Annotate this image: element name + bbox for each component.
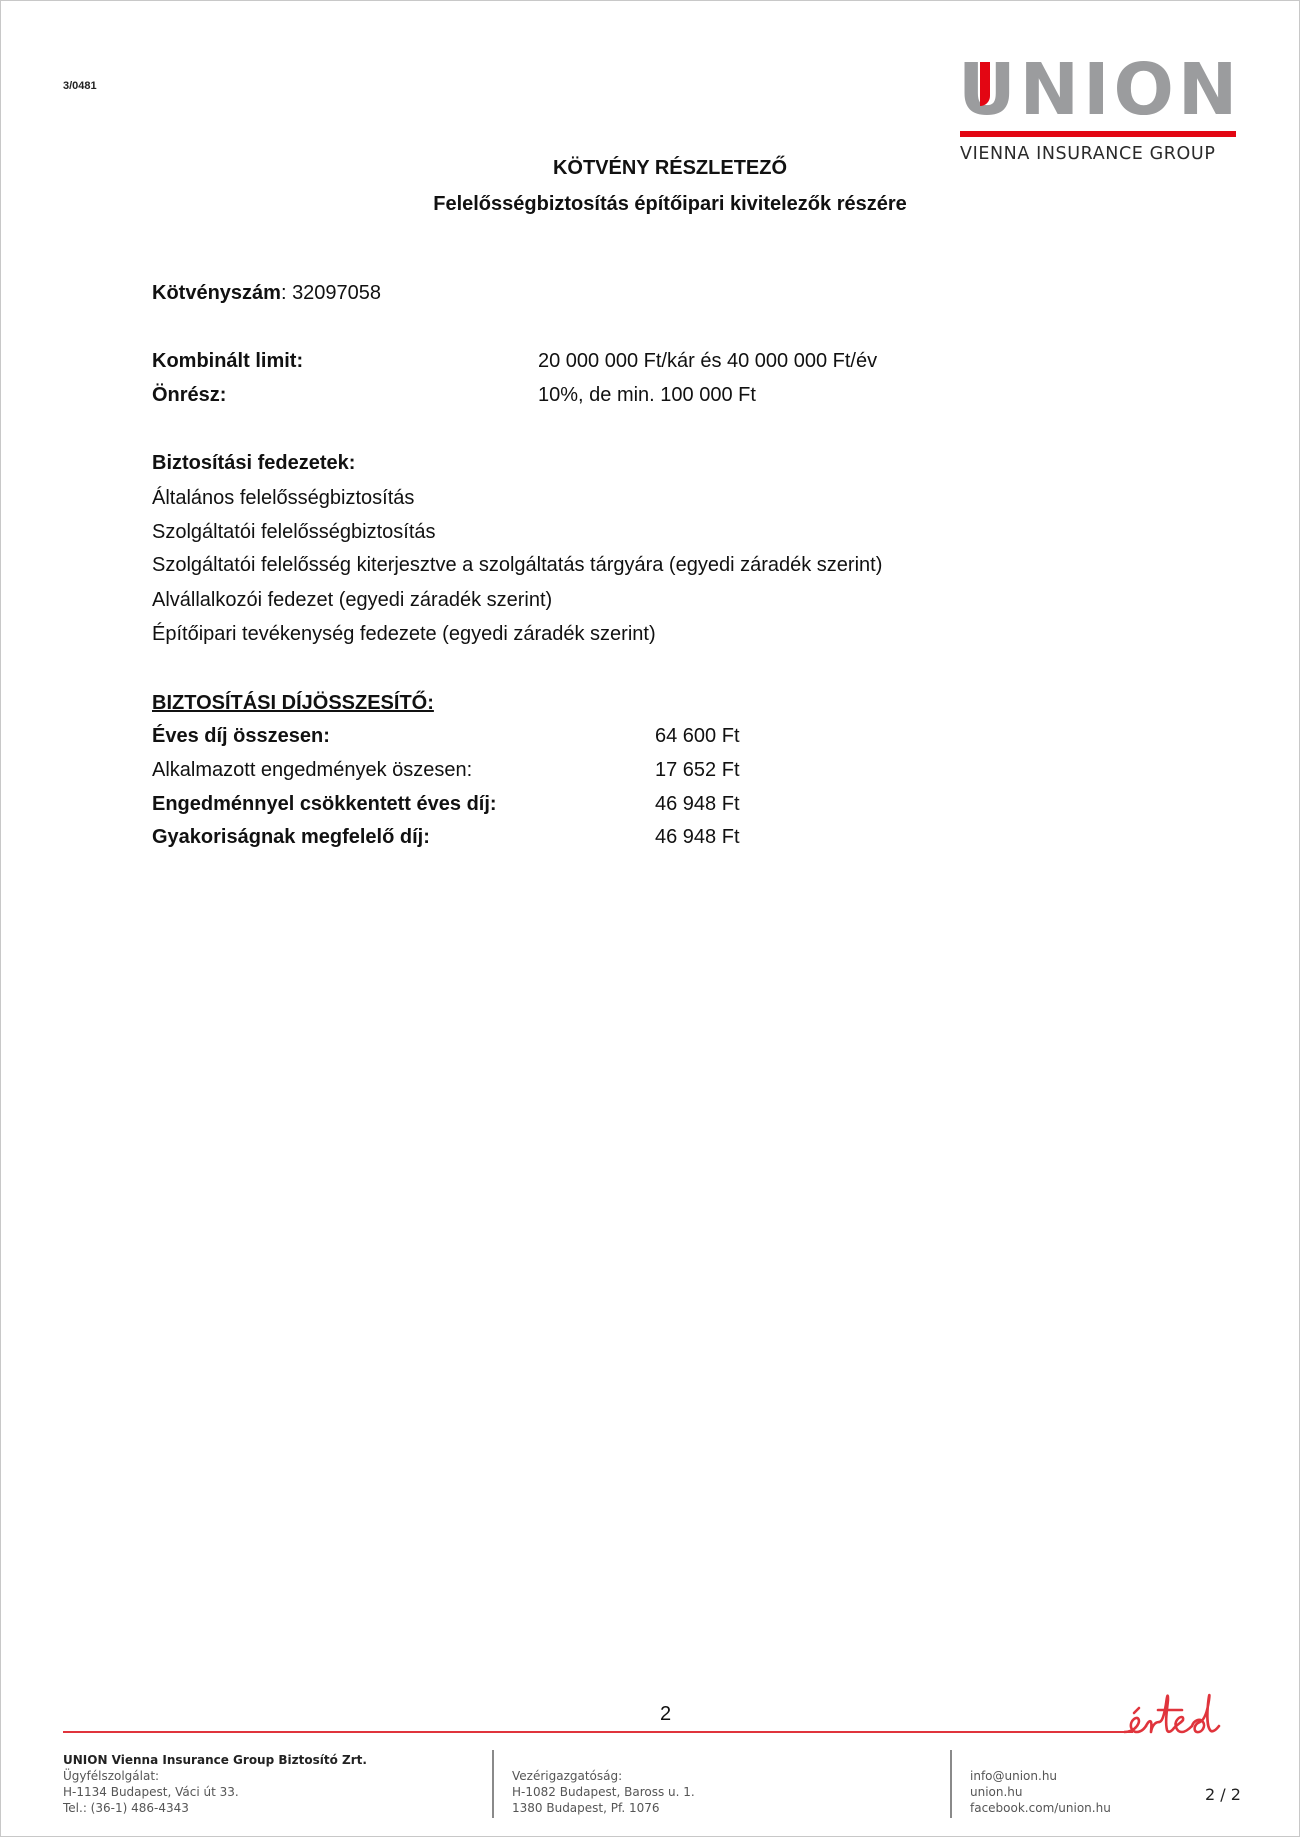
premium-row-value: 64 600 Ft bbox=[655, 725, 740, 748]
footer-email-link[interactable]: info@union.hu bbox=[970, 1768, 1111, 1784]
logo-accent-mark bbox=[980, 62, 990, 106]
premium-row-value: 17 652 Ft bbox=[655, 759, 740, 782]
footer-hq-po-box: 1380 Budapest, Pf. 1076 bbox=[512, 1800, 695, 1816]
logo-red-bar bbox=[960, 131, 1236, 137]
footer-web-link[interactable]: union.hu bbox=[970, 1784, 1111, 1800]
policy-number-separator: : bbox=[281, 282, 292, 304]
footer-customer-service-phone: Tel.: (36-1) 486-4343 bbox=[63, 1800, 367, 1816]
logo-brand-text: UNION bbox=[958, 60, 1240, 120]
footer-customer-service-address: H-1134 Budapest, Váci út 33. bbox=[63, 1784, 367, 1800]
coverage-item: Szolgáltatói felelősségbiztosítás bbox=[152, 521, 436, 544]
footer-company-name: UNION Vienna Insurance Group Biztosító Z… bbox=[63, 1752, 367, 1768]
document-subtitle: Felelősségbiztosítás építőipari kivitele… bbox=[0, 193, 1300, 216]
erted-slogan-icon bbox=[1124, 1686, 1239, 1746]
coverage-item: Építőipari tevékenység fedezete (egyedi … bbox=[152, 623, 656, 646]
coverage-item: Alvállalkozói fedezet (egyedi záradék sz… bbox=[152, 589, 552, 612]
footer-red-line bbox=[63, 1731, 1133, 1733]
deductible-value: 10%, de min. 100 000 Ft bbox=[538, 384, 756, 407]
page-number: 2 bbox=[660, 1703, 671, 1726]
limit-label: Kombinált limit: bbox=[152, 350, 303, 373]
document-reference: 3/0481 bbox=[63, 80, 97, 92]
footer-hq-address: H-1082 Budapest, Baross u. 1. bbox=[512, 1784, 695, 1800]
coverage-item: Szolgáltatói felelősség kiterjesztve a s… bbox=[152, 554, 882, 577]
limit-value: 20 000 000 Ft/kár és 40 000 000 Ft/év bbox=[538, 350, 877, 373]
premium-row-label: Alkalmazott engedmények öszesen: bbox=[152, 759, 472, 782]
footer-divider bbox=[950, 1750, 952, 1818]
footer-hq-block: Vezérigazgatóság: H-1082 Budapest, Baros… bbox=[512, 1768, 695, 1816]
premium-row-label: Engedménnyel csökkentett éves díj: bbox=[152, 793, 497, 816]
page-frame bbox=[0, 0, 1300, 1837]
coverage-item: Általános felelősségbiztosítás bbox=[152, 487, 414, 510]
union-logo: UNION VIENNA INSURANCE GROUP bbox=[958, 60, 1240, 166]
footer-divider bbox=[492, 1750, 494, 1818]
premium-row-label: Éves díj összesen: bbox=[152, 725, 330, 748]
footer-customer-service-label: Ügyfélszolgálat: bbox=[63, 1768, 367, 1784]
coverages-heading: Biztosítási fedezetek: bbox=[152, 452, 355, 475]
policy-number-line: Kötvényszám: 32097058 bbox=[152, 282, 381, 305]
premium-row-value: 46 948 Ft bbox=[655, 826, 740, 849]
premium-row-label: Gyakoriságnak megfelelő díj: bbox=[152, 826, 430, 849]
footer-company-block: UNION Vienna Insurance Group Biztosító Z… bbox=[63, 1752, 367, 1816]
page-of-total: 2 / 2 bbox=[1205, 1785, 1241, 1804]
deductible-label: Önrész: bbox=[152, 384, 226, 407]
premium-summary-heading: BIZTOSÍTÁSI DÍJÖSSZESÍTŐ: bbox=[152, 692, 434, 715]
policy-number-label: Kötvényszám bbox=[152, 282, 281, 304]
footer-facebook-link[interactable]: facebook.com/union.hu bbox=[970, 1800, 1111, 1816]
footer-hq-label: Vezérigazgatóság: bbox=[512, 1768, 695, 1784]
policy-number-value: 32097058 bbox=[292, 282, 381, 304]
premium-row-value: 46 948 Ft bbox=[655, 793, 740, 816]
footer-contacts-block: info@union.hu union.hu facebook.com/unio… bbox=[970, 1768, 1111, 1816]
document-title: KÖTVÉNY RÉSZLETEZŐ bbox=[0, 157, 1300, 180]
